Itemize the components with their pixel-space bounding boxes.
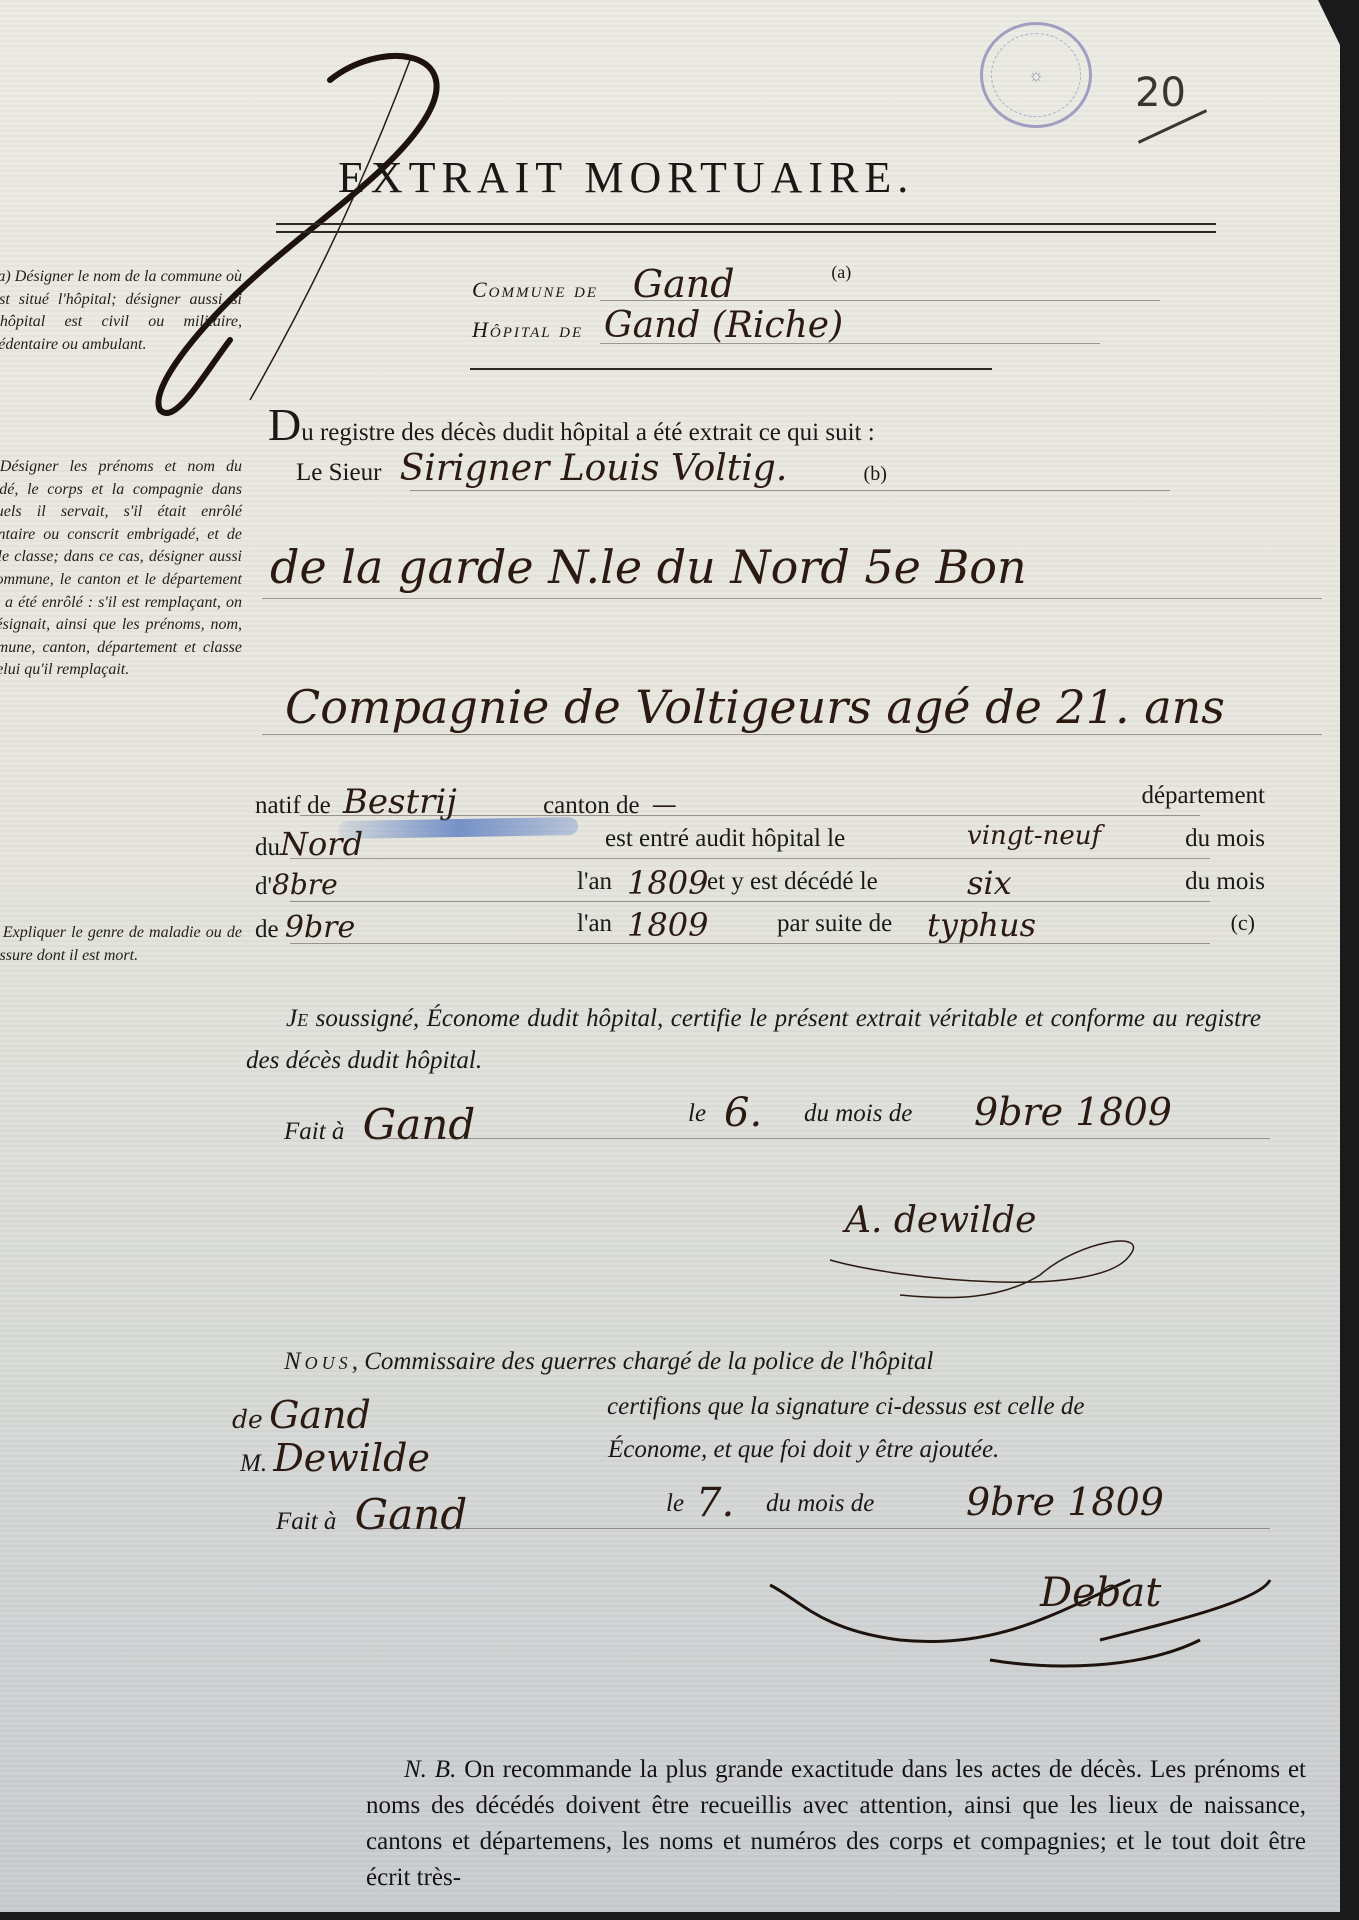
deceased-label: et y est décédé le [707, 868, 878, 896]
le-label-1: le [688, 1100, 706, 1128]
unit-underline-1 [262, 598, 1322, 599]
margin-note-a: (a) Désigner le nom de la commune où est… [0, 266, 242, 356]
hopital-value: Gand (Riche) [604, 305, 843, 346]
rule-6 [370, 1528, 1270, 1529]
ink-stamp: ☼ [980, 22, 1092, 128]
m-prefix: M. [240, 1450, 267, 1477]
drop-cap: D [268, 399, 301, 450]
unit-underline-2 [262, 734, 1322, 735]
folio-number: 20 [1135, 70, 1186, 116]
sieur-row: Le Sieur Sirigner Louis Voltig. (b) [296, 448, 887, 489]
nb-lead: N. B. [404, 1756, 456, 1783]
commissaire-month-year: 9bre 1809 [966, 1480, 1164, 1524]
deceased-name: Sirigner Louis Voltig. [400, 448, 788, 489]
certification-lead: Je [286, 1005, 308, 1032]
commissaire-line-3: M. Dewilde Économe, et que foi doit y êt… [240, 1436, 1280, 1480]
birthplace-value: Bestrij [343, 782, 457, 822]
commissaire-line-1: Nous, Commissaire des guerres chargé de … [284, 1348, 1274, 1376]
death-row: de 9bre l'an 1809 par suite de typhus (c… [255, 910, 1255, 945]
month-prefix: d' [255, 873, 272, 900]
nb-text: On recommande la plus grande exactitude … [366, 1756, 1306, 1891]
death-year: 1809 [627, 906, 708, 944]
le-label-2: le [666, 1490, 684, 1518]
nb-paragraph: N. B. On recommande la plus grande exact… [366, 1752, 1306, 1896]
commissaire-day: 7. [696, 1480, 734, 1526]
an-label-1: l'an [577, 868, 612, 896]
note-a-marker: (a) [831, 262, 851, 282]
mois-label-4: du mois de [766, 1490, 874, 1518]
fait-label-2: Fait à [276, 1508, 336, 1535]
cause-of-death: typhus [927, 906, 1036, 944]
certification-body: soussigné, Économe dudit hôpital, certif… [246, 1005, 1261, 1074]
sieur-underline [410, 490, 1170, 491]
note-b-marker: (b) [864, 463, 887, 485]
mois-label-2: du mois [1185, 868, 1265, 896]
entered-day: vingt-neuf [967, 821, 1101, 851]
hopital-label: Hôpital de [472, 317, 583, 342]
commissaire-lead: Nous [284, 1348, 352, 1375]
mois-label-1: du mois [1185, 825, 1265, 853]
unit-line-2: Compagnie de Voltigeurs agé de 21. ans [285, 680, 1225, 734]
admission-month: 8bre [272, 868, 338, 901]
rule-3 [290, 901, 1210, 902]
sieur-label: Le Sieur [296, 459, 381, 486]
fait-label-1: Fait à [284, 1118, 344, 1145]
commissaire-signature: Debat [1040, 1570, 1161, 1616]
margin-note-c: (c) Expliquer le genre de maladie ou de … [0, 922, 242, 967]
intro-text: u registre des décès dudit hôpital a été… [301, 419, 874, 446]
commune-underline [600, 300, 1160, 301]
certification-place: Gand [363, 1100, 476, 1149]
rule-2 [290, 858, 1210, 859]
certification-text: Je soussigné, Économe dudit hôpital, cer… [246, 998, 1261, 1082]
hopital-underline [600, 343, 1100, 344]
section-rule [470, 368, 992, 370]
econome-name: Dewilde [273, 1436, 430, 1480]
intro-line: Du registre des décès dudit hôpital a ét… [268, 398, 875, 451]
death-month-prefix: de [255, 916, 279, 943]
commissaire-date-row: Fait à Gand le 7. du mois de 9bre 1809 [276, 1490, 1276, 1539]
unit-line-1: de la garde N.le du Nord 5e Bon [270, 540, 1027, 594]
entered-label: est entré audit hôpital le [605, 825, 845, 853]
rule-4 [290, 943, 1210, 944]
commissaire-text-3: Économe, et que foi doit y être ajoutée. [608, 1436, 999, 1464]
econome-signature: A. dewilde [845, 1200, 1036, 1241]
year-row: d'8bre l'an 1809 et y est décédé le six … [255, 868, 1255, 901]
certification-day: 6. [724, 1090, 762, 1136]
admission-year: 1809 [627, 864, 708, 902]
commissaire-text-2: certifions que la signature ci-dessus es… [607, 1393, 1084, 1421]
dept-prefix: du [255, 834, 280, 861]
commissaire-place-2: Gand [355, 1490, 468, 1539]
margin-note-b: (b) Désigner les prénoms et nom du décéd… [0, 456, 242, 682]
rule-1 [300, 815, 1200, 816]
an-label-2: l'an [577, 910, 612, 938]
title-rule-bottom [276, 231, 1216, 233]
certification-date-row: Fait à Gand le 6. du mois de 9bre 1809 [284, 1100, 1284, 1149]
native-row: natif de Bestrij canton de — département [255, 782, 1255, 822]
departement-label: département [1141, 782, 1265, 810]
rule-5 [370, 1138, 1270, 1139]
cause-label: par suite de [777, 910, 892, 938]
death-day: six [967, 864, 1012, 902]
commissaire-line-2: de Gand certifions que la signature ci-d… [232, 1393, 1272, 1437]
commissaire-place: Gand [269, 1393, 371, 1437]
commissaire-text-1: , Commissaire des guerres chargé de la p… [352, 1348, 934, 1375]
de-prefix: de [232, 1405, 263, 1434]
certification-month-year: 9bre 1809 [974, 1090, 1172, 1134]
document-title: EXTRAIT MORTUAIRE. [338, 152, 914, 203]
commune-label: Commune de [472, 277, 598, 302]
death-month: 9bre [285, 910, 355, 945]
note-c-marker: (c) [1231, 910, 1255, 936]
title-rule-top [276, 223, 1216, 225]
mois-label-3: du mois de [804, 1100, 912, 1128]
hopital-row: Hôpital de Gand (Riche) [472, 305, 843, 346]
